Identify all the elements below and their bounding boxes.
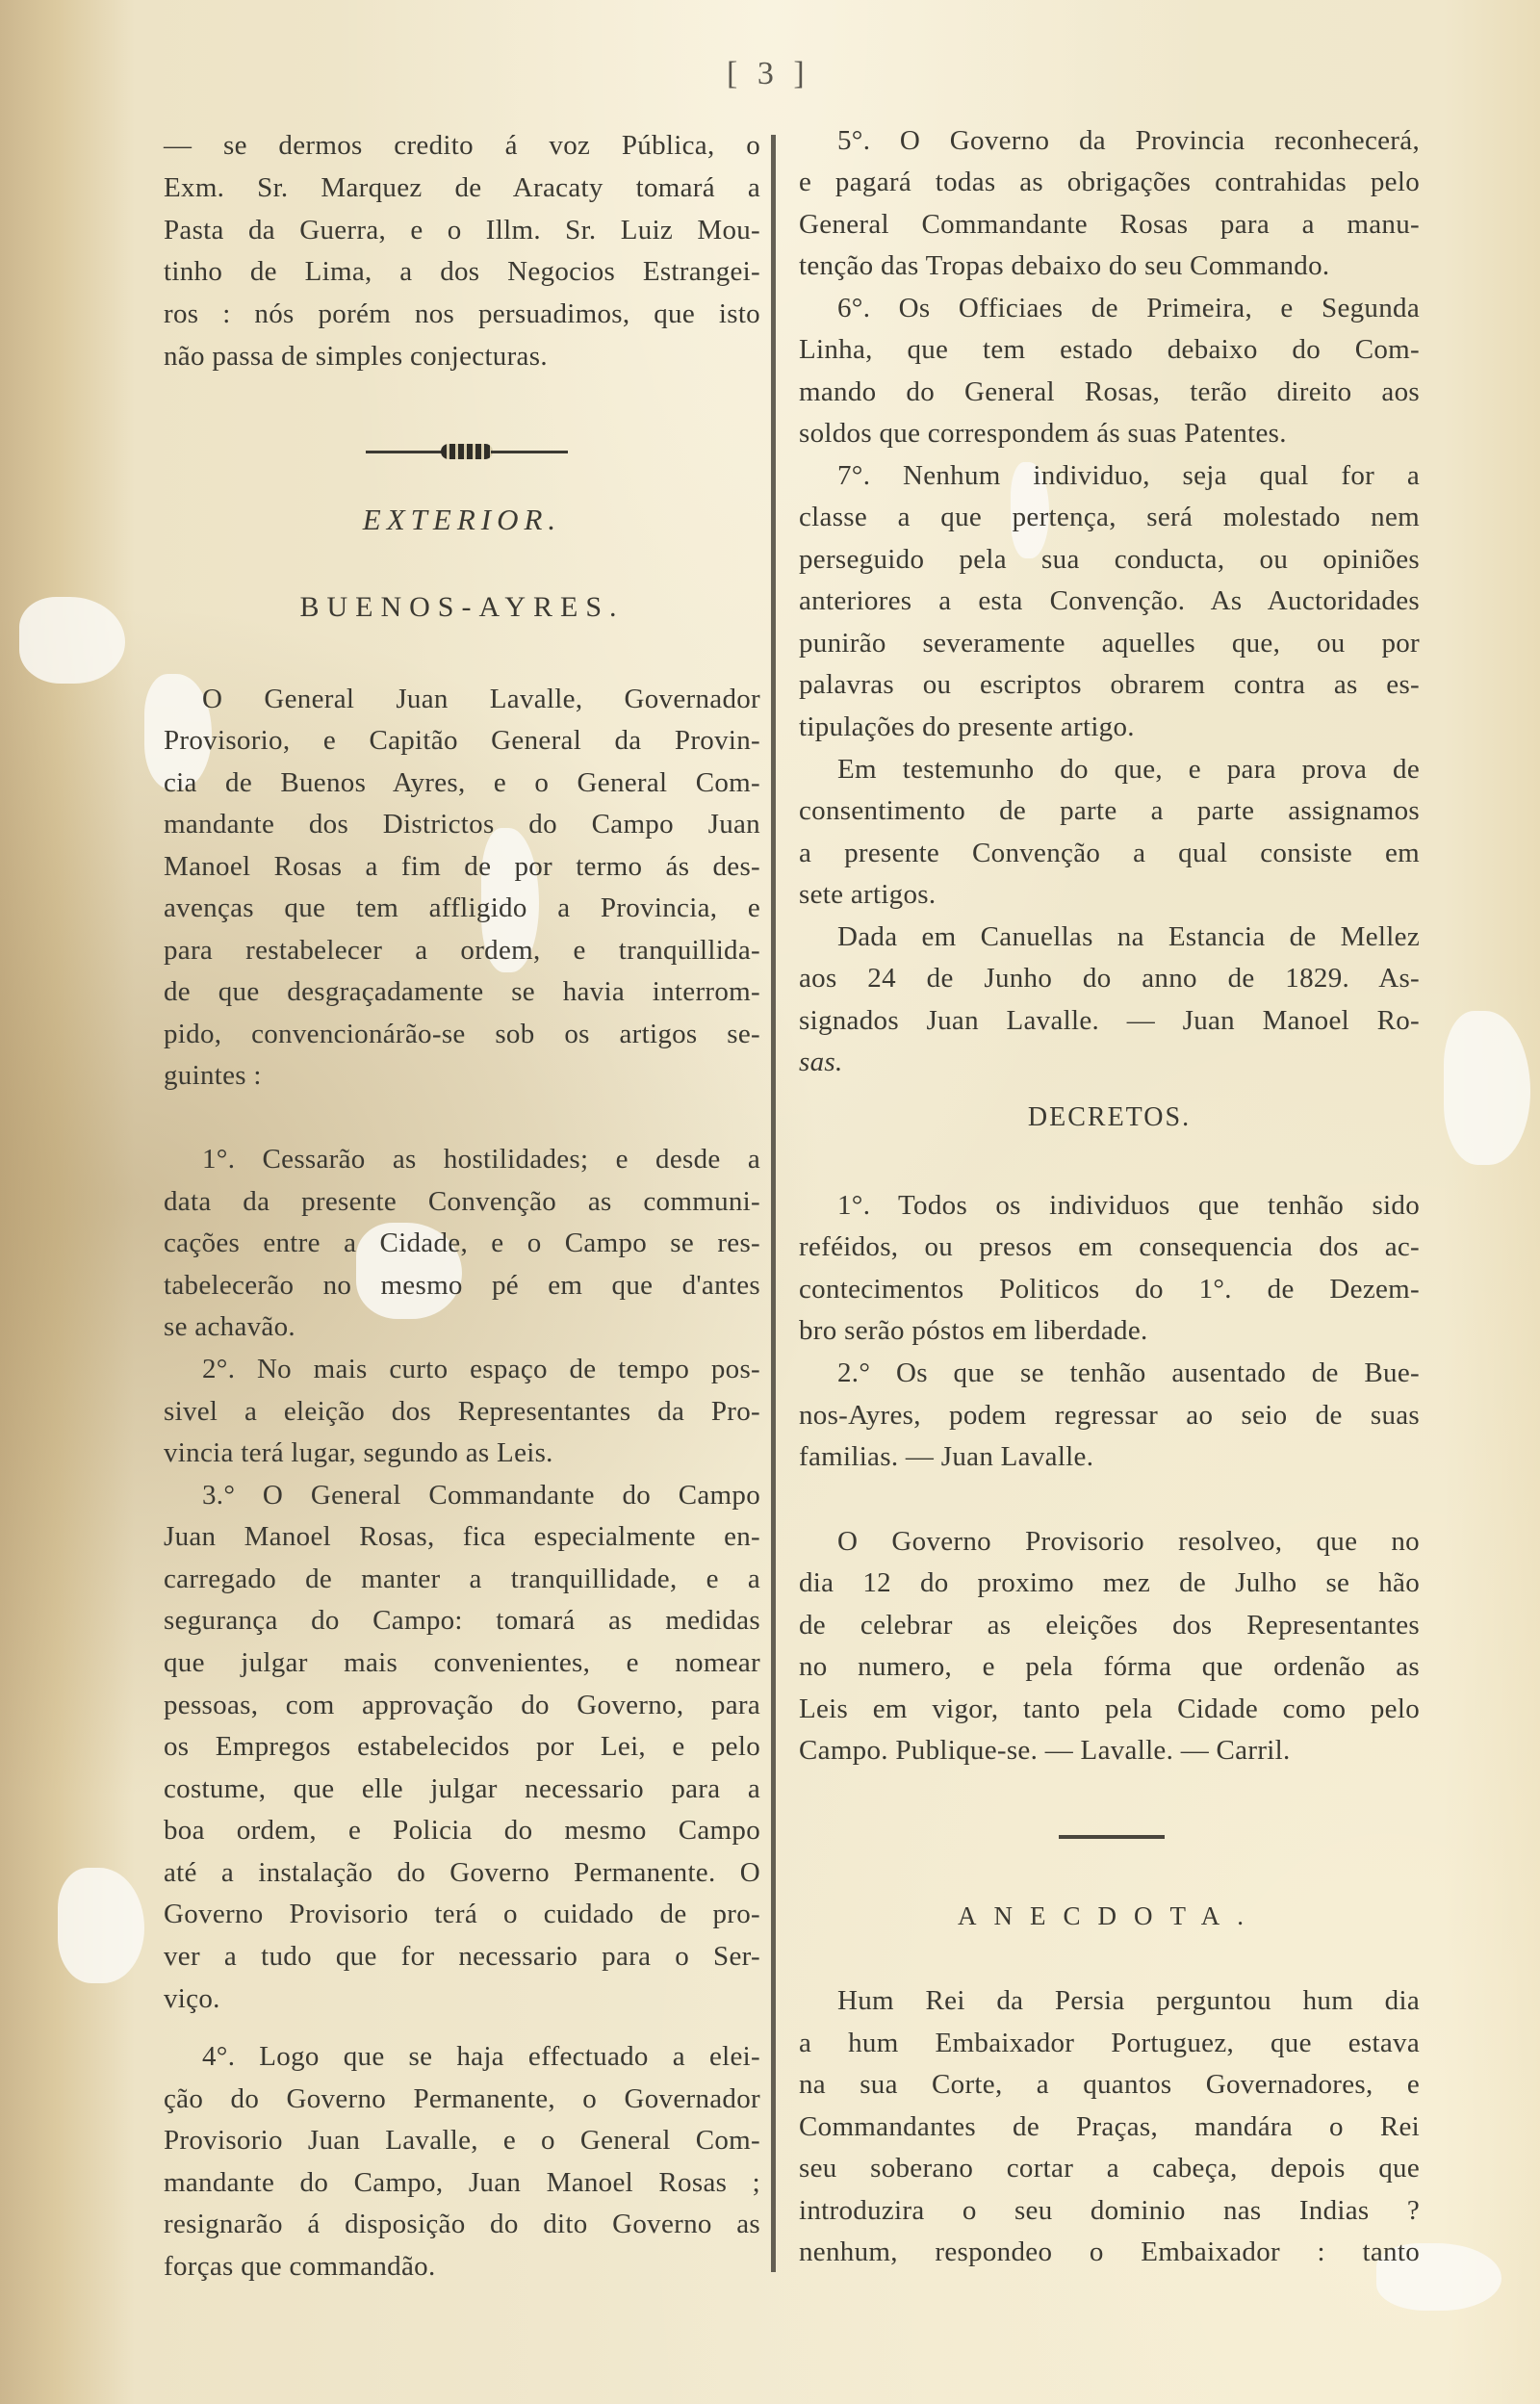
text-line: Em testemunho do que, e para prova de [799, 752, 1420, 787]
text-line: os Empregos estabelecidos por Lei, e pel… [164, 1729, 760, 1764]
text-line: e pagará todas as obrigações contrahidas… [799, 165, 1420, 199]
text-line: no numero, e pela fórma que ordenão as [799, 1649, 1420, 1684]
text-line: Provisorio, e Capitão General da Provin- [164, 723, 760, 758]
text-line: palavras ou escriptos obrarem contra as … [799, 667, 1420, 702]
anecdote-heading: ANECDOTA. [799, 1901, 1420, 1931]
text-line: bro serão póstos em liberdade. [799, 1313, 1420, 1348]
text-line: perseguido pela sua conducta, ou opiniõe… [799, 542, 1420, 577]
text-line: se achavão. [164, 1309, 760, 1344]
text-line: guintes : [164, 1058, 760, 1093]
text-line: até a instalação do Governo Permanente. … [164, 1855, 760, 1890]
text-line: mando do General Rosas, terão direito ao… [799, 375, 1420, 409]
text-line: 2°. No mais curto espaço de tempo pos- [164, 1352, 760, 1386]
text-line: resignarão á disposição do dito Governo … [164, 2207, 760, 2241]
text-line: Hum Rei da Persia perguntou hum dia [799, 1983, 1420, 2018]
text-line: signados Juan Lavalle. — Juan Manoel Ro- [799, 1003, 1420, 1038]
text-line: segurança do Campo: tomará as medidas [164, 1603, 760, 1638]
text-line: cia de Buenos Ayres, e o General Com- [164, 765, 760, 800]
text-line: sete artigos. [799, 877, 1420, 912]
text-line: Juan Manoel Rosas, fica especialmente en… [164, 1519, 760, 1554]
text-line: familias. — Juan Lavalle. [799, 1439, 1420, 1474]
text-line: Commandantes de Praças, mandára o Rei [799, 2109, 1420, 2144]
decrees-heading: DECRETOS. [799, 1102, 1420, 1133]
text-line: Exm. Sr. Marquez de Aracaty tomará a [164, 170, 760, 205]
text-line: punirão severamente aquelles que, ou por [799, 626, 1420, 660]
text-line: mandante do Campo, Juan Manoel Rosas ; [164, 2165, 760, 2200]
text-line: avenças que tem affligido a Provincia, e [164, 891, 760, 925]
text-line: carregado de manter a tranquillidade, e … [164, 1562, 760, 1596]
column-divider [771, 135, 776, 2272]
text-line: pido, convencionárão-se sob os artigos s… [164, 1017, 760, 1051]
text-line: O Governo Provisorio resolveo, que no [799, 1524, 1420, 1559]
text-line: de celebrar as eleições dos Representant… [799, 1608, 1420, 1642]
text-line: reféidos, ou presos em consequencia dos … [799, 1229, 1420, 1264]
text-line: sas. [799, 1045, 1420, 1079]
text-line: introduzira o seu dominio nas Indias ? [799, 2193, 1420, 2228]
text-line: Manoel Rosas a fim de por termo ás des- [164, 849, 760, 884]
ornamental-divider [366, 442, 568, 461]
text-line: de que desgraçadamente se havia interrom… [164, 974, 760, 1009]
text-line: Pasta da Guerra, e o Illm. Sr. Luiz Mou- [164, 213, 760, 247]
text-line: tenção das Tropas debaixo do seu Command… [799, 248, 1420, 283]
text-line: Linha, que tem estado debaixo do Com- [799, 332, 1420, 367]
text-line: viço. [164, 1981, 760, 2016]
text-line: pessoas, com approvação do Governo, para [164, 1688, 760, 1722]
text-line: para restabelecer a ordem, e tranquillid… [164, 933, 760, 968]
text-line: ção do Governo Permanente, o Governador [164, 2081, 760, 2116]
section-heading-exterior: EXTERIOR. [164, 503, 760, 537]
text-line: classe a que pertença, será molestado ne… [799, 500, 1420, 534]
text-line: tinho de Lima, a dos Negocios Estrangei- [164, 254, 760, 289]
text-line: soldos que correspondem ás suas Patentes… [799, 416, 1420, 451]
text-line: consentimento de parte a parte assignamo… [799, 793, 1420, 828]
text-line: aos 24 de Junho do anno de 1829. As- [799, 961, 1420, 995]
text-line: Dada em Canuellas na Estancia de Mellez [799, 919, 1420, 954]
text-line: tabelecerão no mesmo pé em que d'antes [164, 1268, 760, 1303]
text-line: nos-Ayres, podem regressar ao seio de su… [799, 1398, 1420, 1433]
text-line: 3.° O General Commandante do Campo [164, 1478, 760, 1512]
text-line: sivel a eleição dos Representantes da Pr… [164, 1394, 760, 1429]
text-line: que julgar mais convenientes, e nomear [164, 1645, 760, 1680]
text-line: na sua Corte, a quantos Governadores, e [799, 2067, 1420, 2102]
text-line: costume, que elle julgar necessario para… [164, 1771, 760, 1806]
text-line: 2.° Os que se tenhão ausentado de Bue- [799, 1356, 1420, 1390]
text-line: ver a tudo que for necessario para o Ser… [164, 1939, 760, 1974]
text-line: seu soberano cortar a cabeça, depois que [799, 2151, 1420, 2185]
text-line: Leis em vigor, tanto pela Cidade como pe… [799, 1692, 1420, 1726]
text-line: 7°. Nenhum individuo, seja qual for a [799, 458, 1420, 493]
text-line: contecimentos Politicos do 1°. de Dezem- [799, 1272, 1420, 1306]
text-line: Governo Provisorio terá o cuidado de pro… [164, 1897, 760, 1931]
text-line: O General Juan Lavalle, Governador [164, 682, 760, 716]
text-line: forças que commandão. [164, 2249, 760, 2284]
text-line: data da presente Convenção as communi- [164, 1184, 760, 1219]
paper-damage [19, 597, 125, 684]
text-line: ros : nós porém nos persuadimos, que ist… [164, 297, 760, 331]
text-line: tipulações do presente artigo. [799, 710, 1420, 744]
text-line: 1°. Todos os individuos que tenhão sido [799, 1188, 1420, 1223]
paper-damage [1444, 1011, 1530, 1165]
text-line: anteriores a esta Convenção. As Auctorid… [799, 583, 1420, 618]
text-line: boa ordem, e Policia do mesmo Campo [164, 1813, 760, 1848]
text-line: 1°. Cessarão as hostilidades; e desde a [164, 1142, 760, 1176]
text-line: General Commandante Rosas para a manu- [799, 207, 1420, 242]
page-number: [ 3 ] [727, 56, 810, 92]
text-line: cações entre a Cidade, e o Campo se res- [164, 1226, 760, 1260]
text-line: mandante dos Districtos do Campo Juan [164, 807, 760, 841]
text-line: — se dermos credito á voz Pública, o [164, 128, 760, 163]
text-line: 6°. Os Officiaes de Primeira, e Segunda [799, 291, 1420, 325]
text-line: a presente Convenção a qual consiste em [799, 836, 1420, 870]
text-line: a hum Embaixador Portuguez, que estava [799, 2026, 1420, 2060]
text-line: dia 12 do proximo mez de Julho se hão [799, 1565, 1420, 1600]
text-line: 4°. Logo que se haja effectuado a elei- [164, 2039, 760, 2074]
text-line: Provisorio Juan Lavalle, e o General Com… [164, 2123, 760, 2158]
subheading-buenos-ayres: BUENOS-AYRES. [164, 591, 760, 624]
newspaper-page: [ 3 ] — se dermos credito á voz Pública,… [0, 0, 1540, 2404]
text-line: vincia terá lugar, segundo as Leis. [164, 1435, 760, 1470]
text-line: nenhum, respondeo o Embaixador : tanto [799, 2235, 1420, 2269]
section-divider [1059, 1835, 1165, 1839]
paper-damage [58, 1868, 144, 1983]
text-line: Campo. Publique-se. — Lavalle. — Carril. [799, 1733, 1420, 1768]
text-line: 5°. O Governo da Provincia reconhecerá, [799, 123, 1420, 158]
text-line: não passa de simples conjecturas. [164, 339, 760, 374]
